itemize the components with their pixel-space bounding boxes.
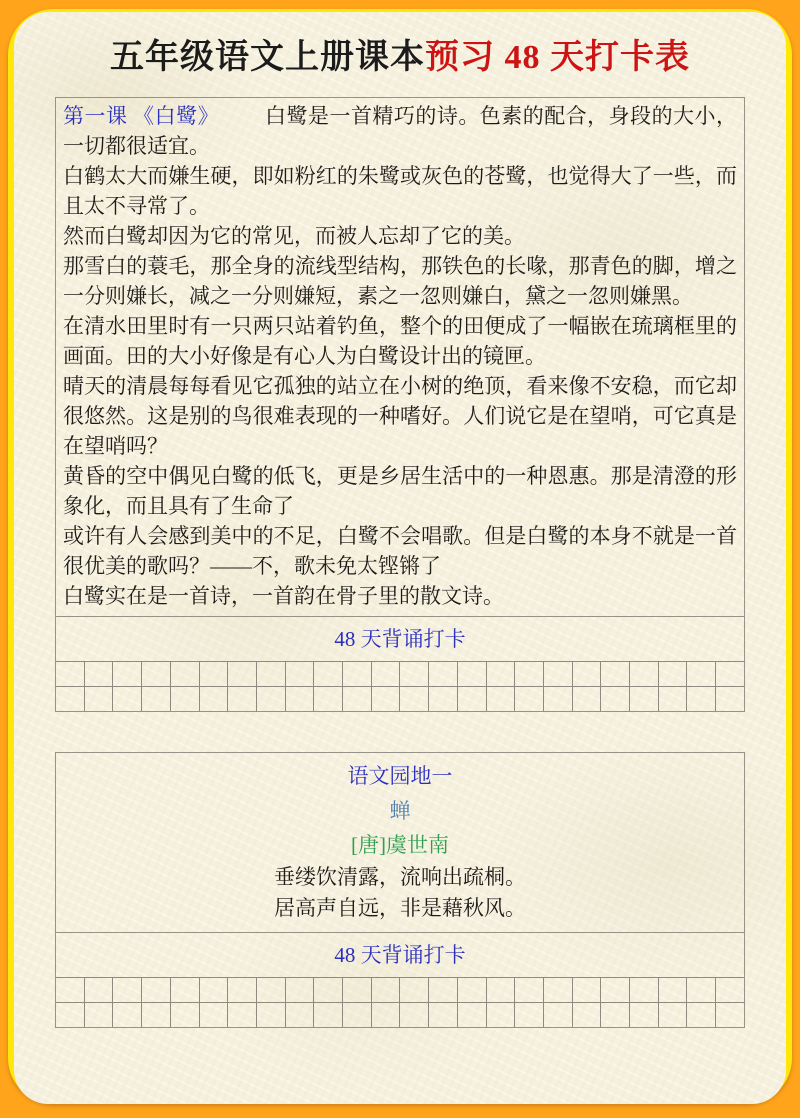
lesson1-paragraph: 在清水田里时有一只两只站着钓鱼，整个的田便成了一幅嵌在琉璃框里的画面。田的大小好… [63,311,737,371]
checkin-day-cell[interactable] [659,662,688,686]
checkin-day-cell[interactable] [113,662,142,686]
lesson1-paragraph: 白鹤太大而嫌生硬，即如粉红的朱鹭或灰色的苍鹭，也觉得大了一些，而且太不寻常了。 [63,161,737,221]
checkin-day-cell[interactable] [716,687,744,711]
checkin-day-cell[interactable] [601,1003,630,1027]
checkin-day-cell[interactable] [171,1003,200,1027]
checkin-day-cell[interactable] [515,662,544,686]
checkin-day-cell[interactable] [687,662,716,686]
lesson1-table: 第一课 《白鹭》白鹭是一首精巧的诗。色素的配合，身段的大小，一切都很适宜。 白鹤… [55,97,745,712]
checkin-day-cell[interactable] [458,662,487,686]
checkin-day-cell[interactable] [286,978,315,1002]
checkin-day-cell[interactable] [601,978,630,1002]
checkin-day-cell[interactable] [85,1003,114,1027]
unit1-content-cell: 语文园地一 蝉 [唐]虞世南 垂缕饮清露，流响出疏桐。 居高声自远，非是藉秋风。 [56,753,744,932]
checkin-day-cell[interactable] [314,687,343,711]
checkin-day-cell[interactable] [85,687,114,711]
checkin-day-cell[interactable] [515,687,544,711]
page-title: 五年级语文上册课本预习 48 天打卡表 [14,36,786,80]
checkin-day-cell[interactable] [372,1003,401,1027]
checkin-day-cell[interactable] [429,1003,458,1027]
checkin-day-cell[interactable] [601,662,630,686]
poem-author: [唐]虞世南 [63,829,737,862]
checkin-day-cell[interactable] [487,662,516,686]
checkin-day-cell[interactable] [200,662,229,686]
checkin-day-cell[interactable] [56,978,85,1002]
checkin-day-cell[interactable] [286,662,315,686]
checkin-day-cell[interactable] [286,1003,315,1027]
checkin-day-cell[interactable] [659,687,688,711]
checkin-day-cell[interactable] [171,978,200,1002]
lesson1-paragraph: 黄昏的空中偶见白鹭的低飞，更是乡居生活中的一种恩惠。那是清澄的形象化，而且具有了… [63,461,737,521]
checkin-day-cell[interactable] [343,1003,372,1027]
page-title-black-part: 五年级语文上册课本 [110,39,425,76]
checkin-day-cell[interactable] [544,1003,573,1027]
checkin-grid-row [56,1002,744,1027]
checkin-day-cell[interactable] [400,978,429,1002]
checkin-day-cell[interactable] [257,1003,286,1027]
checkin-day-cell[interactable] [573,1003,602,1027]
checkin-day-cell[interactable] [142,978,171,1002]
checkin-day-cell[interactable] [257,978,286,1002]
page-title-red-part: 预习 48 天打卡表 [425,39,690,76]
unit1-table: 语文园地一 蝉 [唐]虞世南 垂缕饮清露，流响出疏桐。 居高声自远，非是藉秋风。… [55,752,745,1028]
checkin-day-cell[interactable] [314,662,343,686]
checkin-day-cell[interactable] [286,687,315,711]
checkin-day-cell[interactable] [56,662,85,686]
lesson1-label: 第一课 《白鹭》 [63,104,219,128]
worksheet-page: { "colors": { "frame_orange": "#FFA41B",… [0,0,800,1118]
checkin-day-cell[interactable] [659,978,688,1002]
checkin-day-cell[interactable] [573,978,602,1002]
lesson1-paragraph: 然而白鹭却因为它的常见，而被人忘却了它的美。 [63,221,737,251]
checkin-day-cell[interactable] [257,662,286,686]
checkin-day-cell[interactable] [314,978,343,1002]
checkin-day-cell[interactable] [142,687,171,711]
checkin-day-cell[interactable] [113,1003,142,1027]
checkin-day-cell[interactable] [687,1003,716,1027]
checkin-day-cell[interactable] [113,978,142,1002]
checkin-day-cell[interactable] [515,978,544,1002]
checkin-day-cell[interactable] [400,662,429,686]
checkin-day-cell[interactable] [142,662,171,686]
checkin-day-cell[interactable] [200,978,229,1002]
checkin-day-cell[interactable] [85,662,114,686]
checkin-day-cell[interactable] [601,687,630,711]
checkin-day-cell[interactable] [228,687,257,711]
checkin-day-cell[interactable] [687,687,716,711]
checkin-day-cell[interactable] [171,687,200,711]
poem-title: 蝉 [63,794,737,829]
checkin-day-cell[interactable] [544,662,573,686]
checkin-day-cell[interactable] [372,978,401,1002]
checkin-day-cell[interactable] [372,687,401,711]
checkin-day-cell[interactable] [458,687,487,711]
checkin-day-cell[interactable] [487,1003,516,1027]
checkin-day-cell[interactable] [257,687,286,711]
poem-line: 垂缕饮清露，流响出疏桐。 [63,862,737,893]
checkin-day-cell[interactable] [573,662,602,686]
checkin-day-cell[interactable] [228,1003,257,1027]
checkin-day-cell[interactable] [544,978,573,1002]
checkin-day-cell[interactable] [113,687,142,711]
lesson1-paragraph: 第一课 《白鹭》白鹭是一首精巧的诗。色素的配合，身段的大小，一切都很适宜。 [63,101,737,161]
checkin-day-cell[interactable] [630,687,659,711]
checkin-day-cell[interactable] [56,1003,85,1027]
checkin-day-cell[interactable] [85,978,114,1002]
checkin-day-cell[interactable] [343,687,372,711]
poem-line: 居高声自远，非是藉秋风。 [63,893,737,924]
paper-sheet: 五年级语文上册课本预习 48 天打卡表 第一课 《白鹭》白鹭是一首精巧的诗。色素… [14,12,786,1104]
checkin-day-cell[interactable] [372,662,401,686]
checkin-day-cell[interactable] [56,687,85,711]
unit1-checkin-grid [56,977,744,1027]
checkin-day-cell[interactable] [200,1003,229,1027]
checkin-day-cell[interactable] [343,662,372,686]
checkin-day-cell[interactable] [716,662,744,686]
checkin-day-cell[interactable] [228,978,257,1002]
lesson1-paragraph: 或许有人会感到美中的不足，白鹭不会唱歌。但是白鹭的本身不就是一首很优美的歌吗？—… [63,521,737,581]
checkin-day-cell[interactable] [400,687,429,711]
checkin-day-cell[interactable] [487,687,516,711]
checkin-day-cell[interactable] [458,978,487,1002]
checkin-day-cell[interactable] [314,1003,343,1027]
checkin-day-cell[interactable] [544,687,573,711]
lesson1-checkin-grid [56,661,744,711]
checkin-day-cell[interactable] [343,978,372,1002]
checkin-day-cell[interactable] [630,978,659,1002]
checkin-day-cell[interactable] [487,978,516,1002]
checkin-day-cell[interactable] [429,687,458,711]
checkin-day-cell[interactable] [429,662,458,686]
checkin-day-cell[interactable] [630,662,659,686]
lesson1-text-cell: 第一课 《白鹭》白鹭是一首精巧的诗。色素的配合，身段的大小，一切都很适宜。 白鹤… [56,98,744,616]
unit1-checkin-header: 48 天背诵打卡 [56,932,744,977]
checkin-day-cell[interactable] [400,1003,429,1027]
lesson1-paragraph: 晴天的清晨每每看见它孤独的站立在小树的绝顶，看来像不安稳，而它却很悠然。这是别的… [63,371,737,461]
checkin-day-cell[interactable] [142,1003,171,1027]
checkin-day-cell[interactable] [228,662,257,686]
checkin-day-cell[interactable] [200,687,229,711]
checkin-grid-row [56,661,744,686]
unit1-section-title: 语文园地一 [63,759,737,794]
checkin-grid-row [56,977,744,1002]
lesson1-paragraph: 那雪白的蓑毛，那全身的流线型结构，那铁色的长喙，那青色的脚，增之一分则嫌长，减之… [63,251,737,311]
checkin-day-cell[interactable] [716,1003,744,1027]
checkin-day-cell[interactable] [171,662,200,686]
checkin-day-cell[interactable] [687,978,716,1002]
checkin-day-cell[interactable] [458,1003,487,1027]
checkin-day-cell[interactable] [429,978,458,1002]
lesson1-checkin-header: 48 天背诵打卡 [56,616,744,661]
checkin-day-cell[interactable] [573,687,602,711]
checkin-day-cell[interactable] [716,978,744,1002]
checkin-day-cell[interactable] [630,1003,659,1027]
checkin-grid-row [56,686,744,711]
checkin-day-cell[interactable] [659,1003,688,1027]
lesson1-paragraph: 白鹭实在是一首诗，一首韵在骨子里的散文诗。 [63,581,737,611]
checkin-day-cell[interactable] [515,1003,544,1027]
